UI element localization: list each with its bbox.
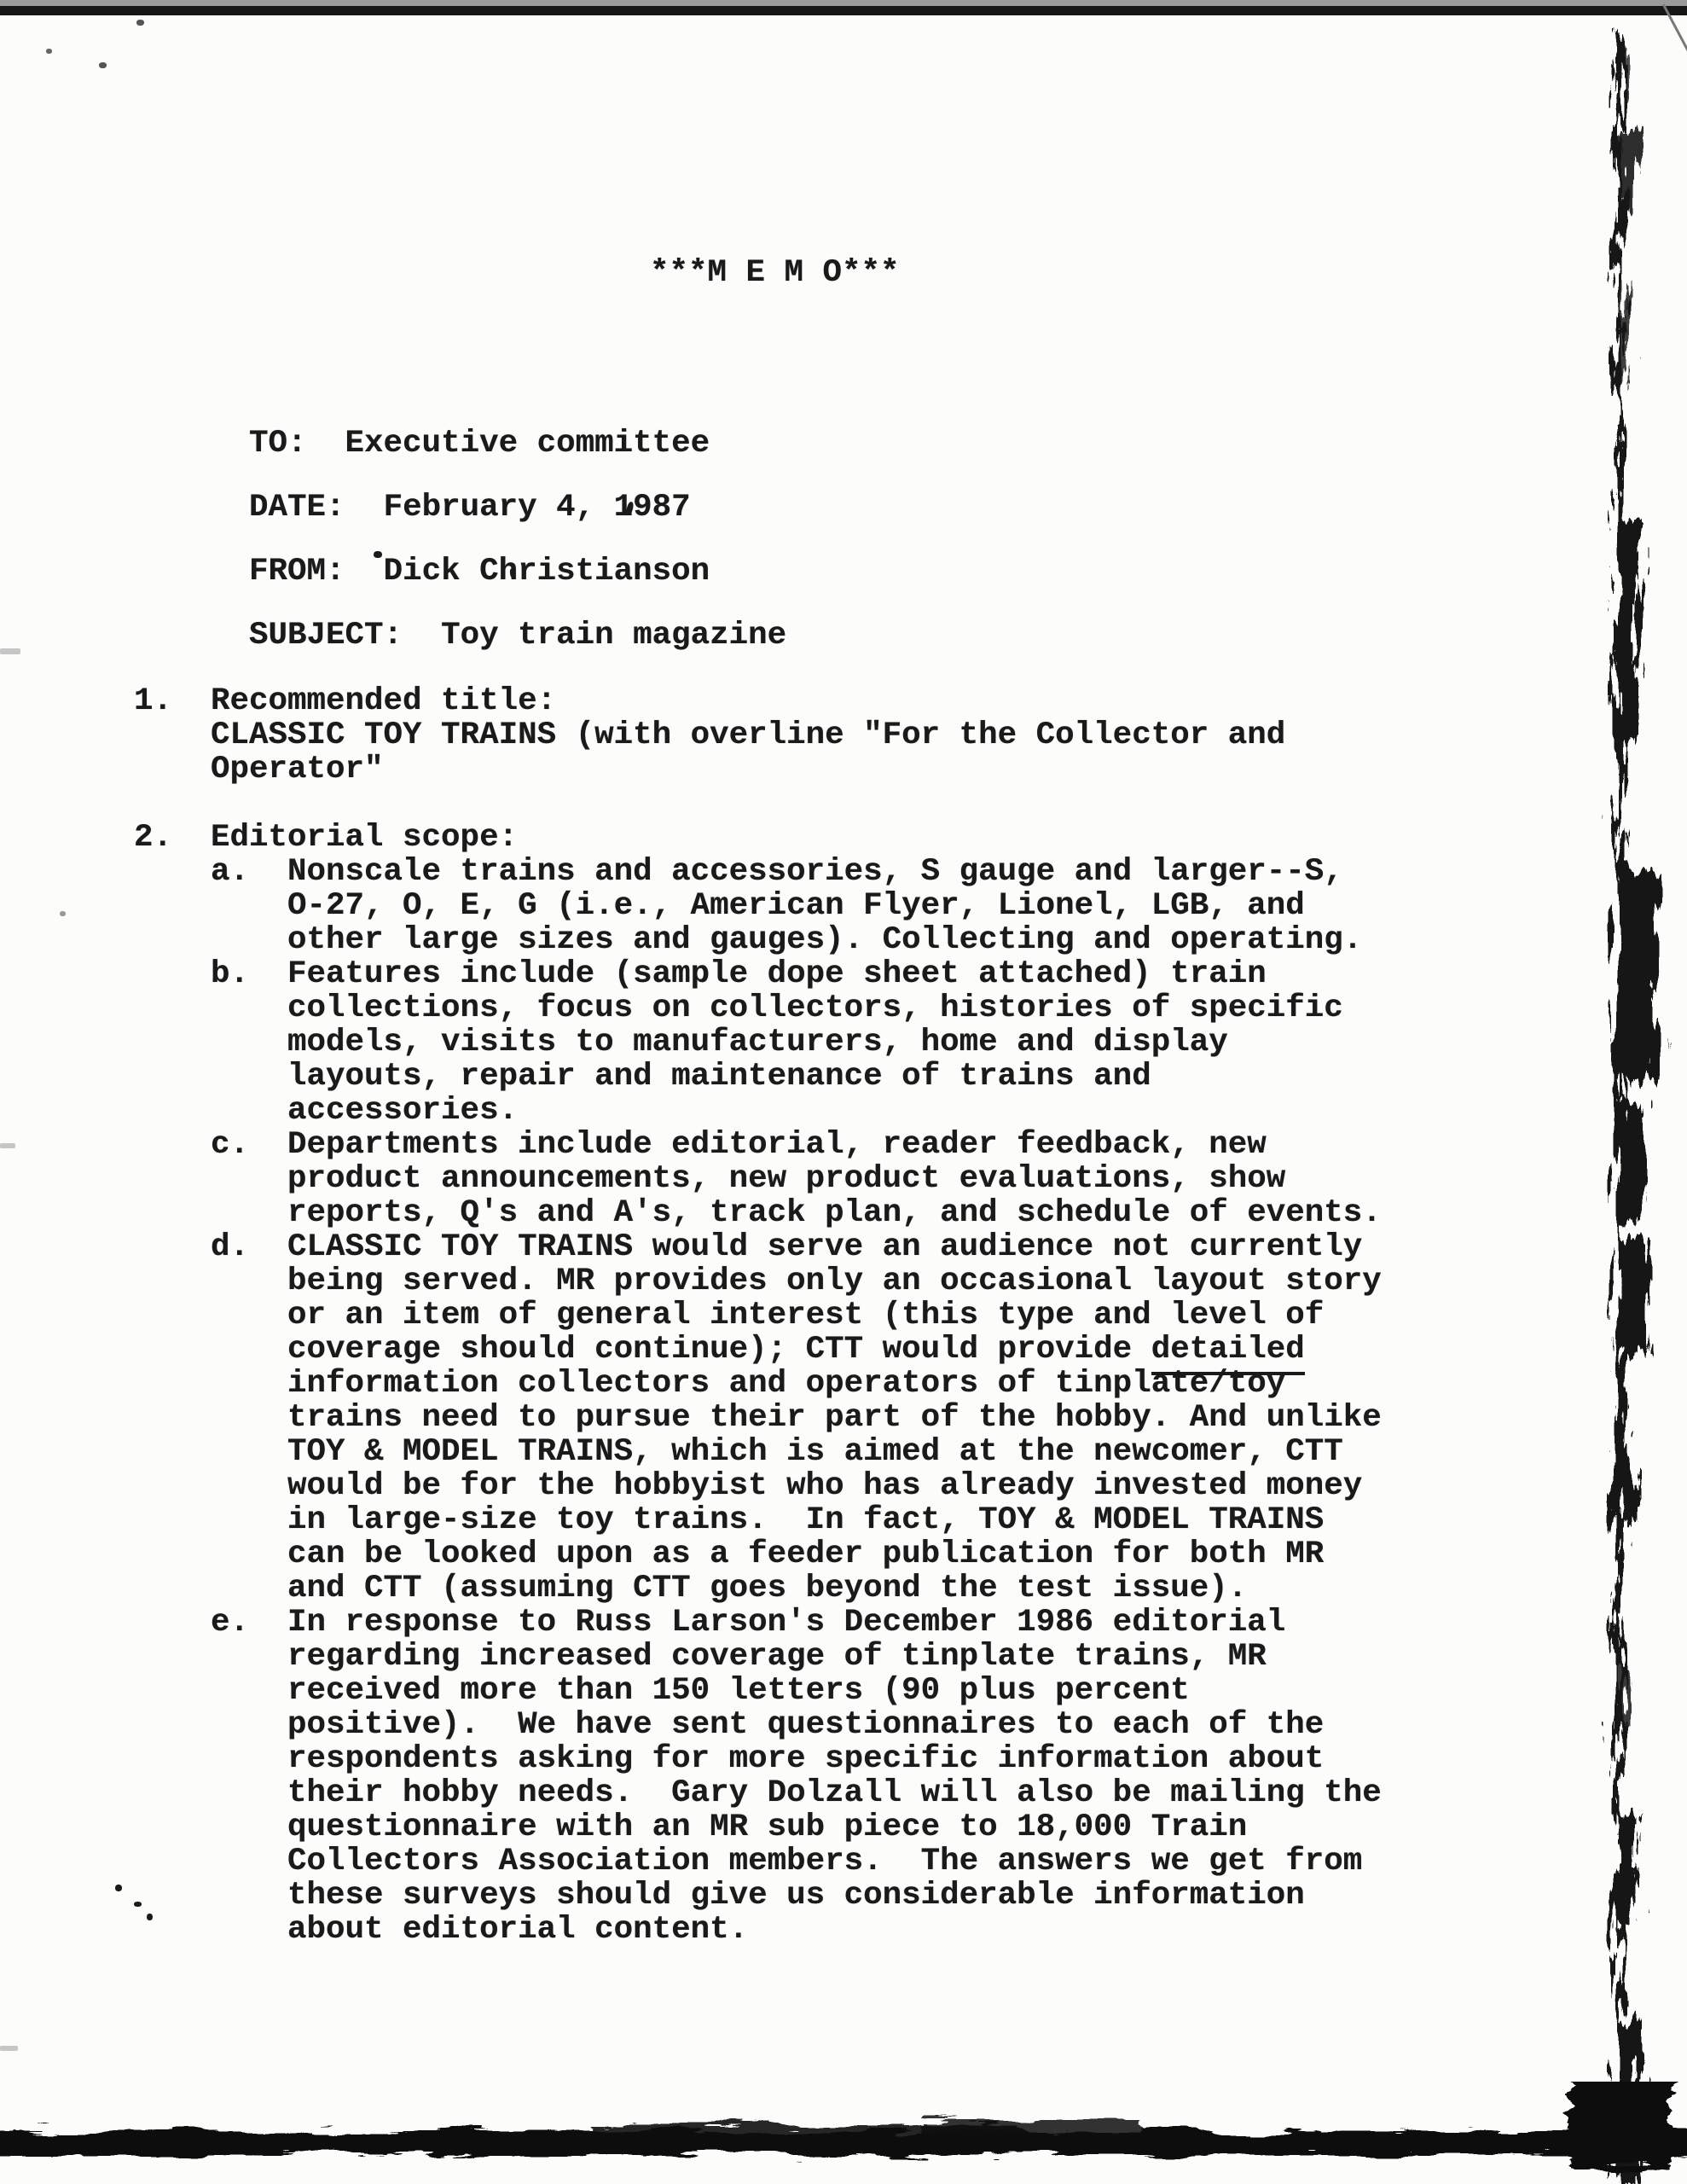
- scan-bottom-band: [0, 2082, 1687, 2184]
- memo-line: c. Departments include editorial, reader…: [134, 1128, 1382, 1162]
- scan-speckle: [136, 20, 144, 26]
- memo-line: regarding increased coverage of tinplate…: [134, 1640, 1382, 1674]
- memo-line: their hobby needs. Gary Dolzall will als…: [134, 1776, 1382, 1810]
- scan-dot: [115, 1885, 122, 1891]
- header-row-subject: SUBJECT:Toy train magazine: [134, 584, 786, 648]
- memo-line: would be for the hobbyist who has alread…: [134, 1469, 1382, 1503]
- memo-line: a. Nonscale trains and accessories, S ga…: [134, 855, 1382, 889]
- memo-line: respondents asking for more specific inf…: [134, 1742, 1382, 1776]
- scan-edge-dash: [0, 2046, 18, 2051]
- scan-speckle: [60, 911, 66, 916]
- memo-line: collections, focus on collectors, histor…: [134, 991, 1382, 1025]
- memo-line: information collectors and operators of …: [134, 1367, 1382, 1401]
- header-row-date: DATE:February 4, 1987: [134, 456, 786, 520]
- scan-corner-fold: [1662, 0, 1687, 118]
- memo-line: coverage should continue); CTT would pro…: [134, 1333, 1382, 1367]
- memo-line: received more than 150 letters (90 plus …: [134, 1674, 1382, 1708]
- memo-line: these surveys should give us considerabl…: [134, 1879, 1382, 1913]
- header-label-from: FROM:: [249, 554, 384, 590]
- memo-line: trains need to pursue their part of the …: [134, 1401, 1382, 1435]
- header-row-to: TO:Executive committee: [134, 392, 786, 456]
- memo-page: ***M E M O*** TO:Executive committee DAT…: [0, 0, 1687, 2184]
- memo-header-block: TO:Executive committee DATE:February 4, …: [134, 392, 786, 648]
- header-value-to: Executive committee: [345, 426, 710, 462]
- scan-speckle: [99, 62, 107, 68]
- header-label-to: TO:: [249, 426, 345, 462]
- header-row-from: FROM:Dick Christianson: [134, 520, 786, 584]
- memo-line: product announcements, new product evalu…: [134, 1162, 1382, 1196]
- scan-edge-dash: [0, 648, 20, 654]
- memo-line: Collectors Association members. The answ…: [134, 1844, 1382, 1879]
- memo-line: about editorial content.: [134, 1913, 1382, 1947]
- scan-mark: [12, 2129, 17, 2140]
- memo-line: positive). We have sent questionnaires t…: [134, 1708, 1382, 1742]
- memo-title: ***M E M O***: [650, 256, 900, 290]
- memo-line: questionnaire with an MR sub piece to 18…: [134, 1810, 1382, 1844]
- memo-line: in large-size toy trains. In fact, TOY &…: [134, 1503, 1382, 1537]
- scan-top-black-edge: [0, 6, 1687, 15]
- header-value-from: Dick Christianson: [384, 554, 710, 590]
- memo-line: 2. Editorial scope:: [134, 821, 1382, 855]
- memo-line: other large sizes and gauges). Collectin…: [134, 923, 1382, 957]
- memo-line: accessories.: [134, 1094, 1382, 1128]
- memo-line: O-27, O, E, G (i.e., American Flyer, Lio…: [134, 889, 1382, 923]
- header-value-subject: Toy train magazine: [441, 618, 786, 653]
- scan-mark: [374, 551, 382, 558]
- scan-binding-strip: [1574, 0, 1687, 2184]
- memo-line: [134, 787, 1382, 821]
- memo-line: models, visits to manufacturers, home an…: [134, 1025, 1382, 1060]
- memo-line: layouts, repair and maintenance of train…: [134, 1060, 1382, 1094]
- memo-line: d. CLASSIC TOY TRAINS would serve an aud…: [134, 1230, 1382, 1264]
- memo-line: Operator": [134, 752, 1382, 787]
- memo-line: being served. MR provides only an occasi…: [134, 1264, 1382, 1298]
- memo-line: TOY & MODEL TRAINS, which is aimed at th…: [134, 1435, 1382, 1469]
- header-label-subject: SUBJECT:: [249, 618, 441, 653]
- scan-top-gray-edge: [0, 0, 1687, 6]
- memo-line: 1. Recommended title:: [134, 684, 1382, 718]
- scan-speckle: [46, 49, 52, 54]
- header-label-date: DATE:: [249, 490, 384, 526]
- memo-line: can be looked upon as a feeder publicati…: [134, 1537, 1382, 1571]
- memo-line: or an item of general interest (this typ…: [134, 1298, 1382, 1333]
- memo-line: b. Features include (sample dope sheet a…: [134, 957, 1382, 991]
- scan-dot: [134, 1902, 142, 1907]
- header-value-date: February 4, 1987: [384, 490, 691, 526]
- memo-line: reports, Q's and A's, track plan, and sc…: [134, 1196, 1382, 1230]
- memo-line: e. In response to Russ Larson's December…: [134, 1606, 1382, 1640]
- memo-body: 1. Recommended title: CLASSIC TOY TRAINS…: [134, 684, 1382, 1947]
- memo-line: and CTT (assuming CTT goes beyond the te…: [134, 1571, 1382, 1606]
- scan-edge-dash: [0, 1143, 15, 1148]
- scan-dot: [147, 1914, 153, 1920]
- memo-line: CLASSIC TOY TRAINS (with overline "For t…: [134, 718, 1382, 752]
